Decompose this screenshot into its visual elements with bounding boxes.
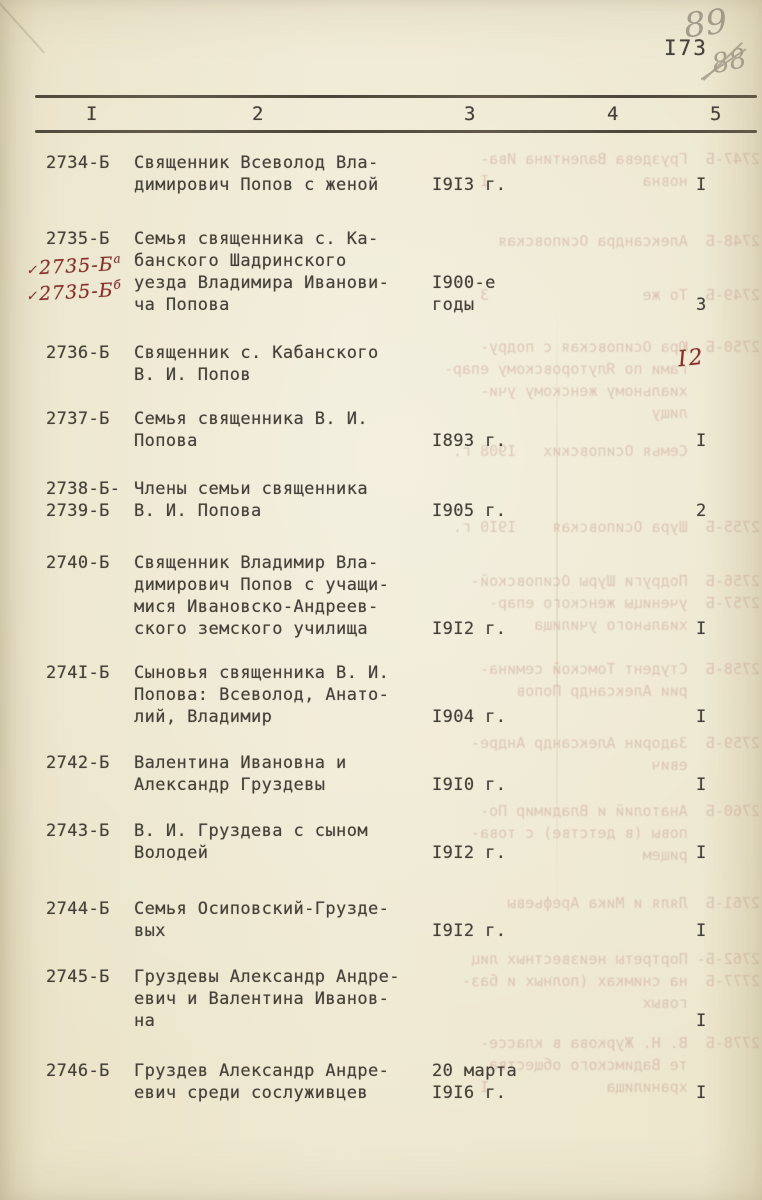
entry-id: 2738-Б- 2739-Б xyxy=(46,478,120,522)
table-header-rule-top xyxy=(35,95,757,98)
entry-date: I905 г. xyxy=(432,478,506,522)
entry-count: 3 xyxy=(696,294,736,316)
entry-description: Семья Осиповский-Грузде- вых xyxy=(134,898,434,942)
entry-description: Священник Всеволод Вла- димирович Попов … xyxy=(134,152,434,196)
entry-date: I900-е годы xyxy=(432,228,496,316)
entry-count: I xyxy=(696,1082,736,1104)
column-header-3: 3 xyxy=(464,103,476,125)
entry-date: I9I3 г. xyxy=(432,152,506,196)
entry-description: Члены семьи священника В. И. Попова xyxy=(134,478,434,522)
column-header-2: 2 xyxy=(252,103,264,125)
entry-count: I xyxy=(696,774,736,796)
entry-description: Груздев Александр Андре- евич среди сосл… xyxy=(134,1060,434,1104)
checkmark-icon: ✓ xyxy=(26,289,39,305)
handwritten-id-superscript: а xyxy=(113,252,122,266)
column-header-5: 5 xyxy=(710,103,722,125)
entry-id: 2742-Б xyxy=(46,752,110,774)
handwritten-id-superscript: б xyxy=(113,278,122,292)
entry-id: 274I-Б xyxy=(46,662,110,684)
handwritten-entry-id: ✓2735-Бб xyxy=(25,272,123,311)
typed-page-number: I73 xyxy=(664,36,708,60)
entry-date: 20 марта I9I6 г. xyxy=(432,1060,517,1104)
handwritten-id-text: 2735-Б xyxy=(38,279,114,305)
entry-id: 2745-Б xyxy=(46,966,110,988)
entry-description: Священник с. Кабанского В. И. Попов xyxy=(134,342,434,386)
table-header-rule-bottom xyxy=(35,130,757,133)
entry-id: 2736-Б xyxy=(46,342,110,364)
entry-description: Священник Владимир Вла- димирович Попов … xyxy=(134,552,434,640)
entry-date: I9I2 г. xyxy=(432,898,506,942)
entry-count: I xyxy=(696,618,736,640)
column-header-1: I xyxy=(86,103,98,125)
handwritten-count: I2 xyxy=(677,347,706,372)
entry-count: I xyxy=(696,1010,736,1032)
entry-id: 2746-Б xyxy=(46,1060,110,1082)
entry-count: 2 xyxy=(696,500,736,522)
entry-count: I xyxy=(696,174,736,196)
entry-count: I xyxy=(696,430,736,452)
entry-id: 2744-Б xyxy=(46,898,110,920)
paper-crease xyxy=(556,300,558,920)
entry-id: 2743-Б xyxy=(46,820,110,842)
entry-date: I9I2 г. xyxy=(432,552,506,640)
entry-date: I893 г. xyxy=(432,408,506,452)
entry-count: I xyxy=(696,842,736,864)
entry-description: Семья священника В. И. Попова xyxy=(134,408,434,452)
column-header-4: 4 xyxy=(607,103,619,125)
entry-date: I9I0 г. xyxy=(432,752,506,796)
entry-description: В. И. Груздева с сыном Володей xyxy=(134,820,434,864)
entry-count: I xyxy=(696,706,736,728)
entry-description: Валентина Ивановна и Александр Груздевы xyxy=(134,752,434,796)
crossed-out-page-number: 88 xyxy=(709,43,749,80)
entry-id: 2734-Б xyxy=(46,152,110,174)
scanned-archive-inventory-page: 89 I73 88 I 2 3 4 5 2747-Б Груздева Вале… xyxy=(0,0,762,1200)
entry-description: Семья священника с. Ка- банского Шадринс… xyxy=(134,228,434,316)
paper-fold-mark xyxy=(0,0,45,53)
entry-id: 2740-Б xyxy=(46,552,110,574)
entry-date: I9I2 г. xyxy=(432,820,506,864)
entry-id: 2737-Б xyxy=(46,408,110,430)
entry-date: I904 г. xyxy=(432,662,506,728)
bleedthrough-text: 2762-Б- Портреты неизвестных лиц2777-Б н… xyxy=(414,948,760,1014)
entry-description: Сыновья священника В. И. Попова: Всеволо… xyxy=(134,662,434,728)
entry-count: I xyxy=(696,920,736,942)
entry-description: Груздевы Александр Андре- евич и Валенти… xyxy=(134,966,434,1032)
